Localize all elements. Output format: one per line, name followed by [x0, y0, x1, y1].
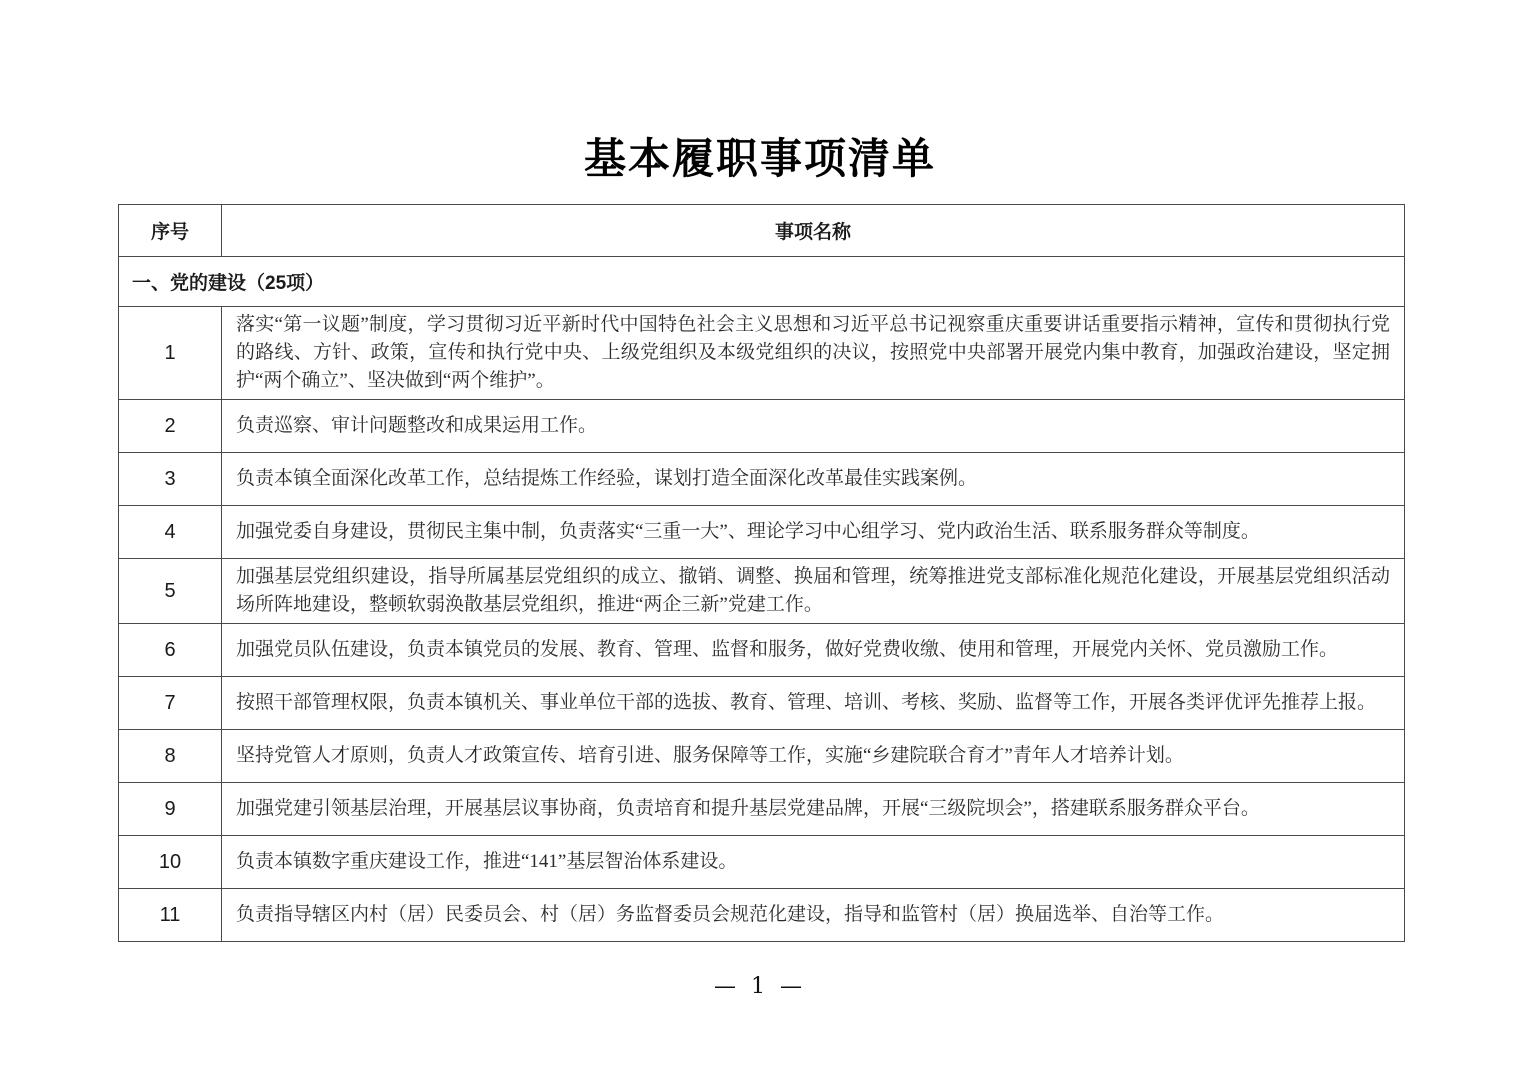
item-number: 1 — [119, 307, 222, 400]
item-number: 6 — [119, 624, 222, 677]
item-number: 4 — [119, 506, 222, 559]
item-text: 加强党员队伍建设，负责本镇党员的发展、教育、管理、监督和服务，做好党费收缴、使用… — [222, 624, 1405, 677]
table-row: 4 加强党委自身建设，贯彻民主集中制，负责落实“三重一大”、理论学习中心组学习、… — [119, 506, 1405, 559]
table-row: 11 负责指导辖区内村（居）民委员会、村（居）务监督委员会规范化建设，指导和监管… — [119, 889, 1405, 942]
column-header-serial: 序号 — [119, 205, 222, 257]
page-number: — 1 — — [0, 974, 1520, 999]
section-row: 一、党的建设（25项） — [119, 257, 1405, 307]
item-text: 按照干部管理权限，负责本镇机关、事业单位干部的选拔、教育、管理、培训、考核、奖励… — [222, 677, 1405, 730]
item-number: 7 — [119, 677, 222, 730]
item-text: 落实“第一议题”制度，学习贯彻习近平新时代中国特色社会主义思想和习近平总书记视察… — [222, 307, 1405, 400]
column-header-item-name: 事项名称 — [222, 205, 1405, 257]
table-row: 6 加强党员队伍建设，负责本镇党员的发展、教育、管理、监督和服务，做好党费收缴、… — [119, 624, 1405, 677]
section-title: 一、党的建设（25项） — [119, 257, 1405, 307]
document-page: 基本履职事项清单 序号 事项名称 一、党的建设（25项） 1 落实“第一议题”制… — [0, 0, 1520, 1074]
table-row: 8 坚持党管人才原则，负责人才政策宣传、培育引进、服务保障等工作，实施“乡建院联… — [119, 730, 1405, 783]
table-row: 5 加强基层党组织建设，指导所属基层党组织的成立、撤销、调整、换届和管理，统筹推… — [119, 559, 1405, 624]
item-number: 11 — [119, 889, 222, 942]
item-number: 3 — [119, 453, 222, 506]
item-number: 9 — [119, 783, 222, 836]
item-text: 负责本镇数字重庆建设工作，推进“141”基层智治体系建设。 — [222, 836, 1405, 889]
item-text: 负责本镇全面深化改革工作，总结提炼工作经验，谋划打造全面深化改革最佳实践案例。 — [222, 453, 1405, 506]
item-text: 加强党委自身建设，贯彻民主集中制，负责落实“三重一大”、理论学习中心组学习、党内… — [222, 506, 1405, 559]
table-header-row: 序号 事项名称 — [119, 205, 1405, 257]
item-text: 加强基层党组织建设，指导所属基层党组织的成立、撤销、调整、换届和管理，统筹推进党… — [222, 559, 1405, 624]
table-row: 7 按照干部管理权限，负责本镇机关、事业单位干部的选拔、教育、管理、培训、考核、… — [119, 677, 1405, 730]
item-number: 8 — [119, 730, 222, 783]
duty-items-table: 序号 事项名称 一、党的建设（25项） 1 落实“第一议题”制度，学习贯彻习近平… — [118, 204, 1405, 942]
table-row: 2 负责巡察、审计问题整改和成果运用工作。 — [119, 400, 1405, 453]
item-text: 坚持党管人才原则，负责人才政策宣传、培育引进、服务保障等工作，实施“乡建院联合育… — [222, 730, 1405, 783]
document-title: 基本履职事项清单 — [0, 126, 1520, 186]
item-number: 10 — [119, 836, 222, 889]
table-row: 10 负责本镇数字重庆建设工作，推进“141”基层智治体系建设。 — [119, 836, 1405, 889]
item-number: 5 — [119, 559, 222, 624]
table-row: 9 加强党建引领基层治理，开展基层议事协商，负责培育和提升基层党建品牌，开展“三… — [119, 783, 1405, 836]
table-row: 3 负责本镇全面深化改革工作，总结提炼工作经验，谋划打造全面深化改革最佳实践案例… — [119, 453, 1405, 506]
item-text: 加强党建引领基层治理，开展基层议事协商，负责培育和提升基层党建品牌，开展“三级院… — [222, 783, 1405, 836]
table-row: 1 落实“第一议题”制度，学习贯彻习近平新时代中国特色社会主义思想和习近平总书记… — [119, 307, 1405, 400]
item-text: 负责巡察、审计问题整改和成果运用工作。 — [222, 400, 1405, 453]
item-text: 负责指导辖区内村（居）民委员会、村（居）务监督委员会规范化建设，指导和监管村（居… — [222, 889, 1405, 942]
item-number: 2 — [119, 400, 222, 453]
